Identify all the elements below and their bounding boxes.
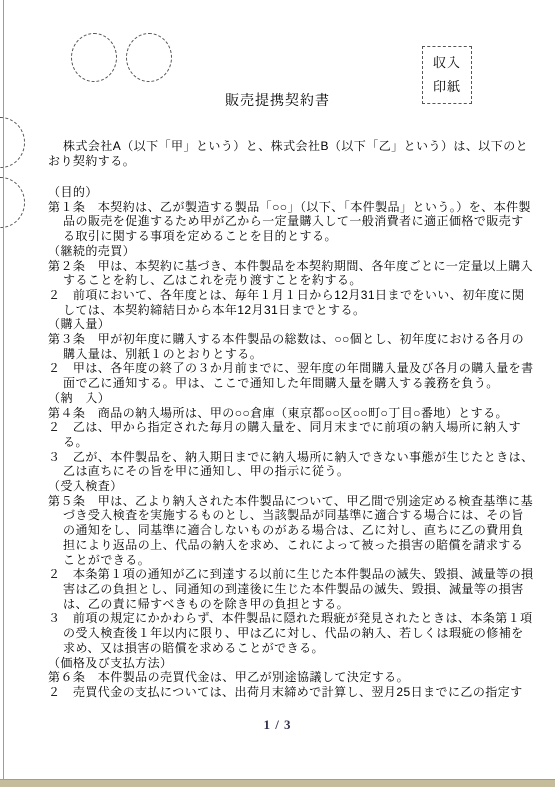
article-paragraph: 第１条 本契約は、乙が製造する製品「○○」（以下、「本件製品」という。）を、本件…	[48, 200, 534, 244]
section-heading: （価格及び支払方法）	[48, 656, 534, 671]
article-subitem: ３ 前項の規定にかかわらず、本件製品に隠れた瑕疵が発見されたときは、本条第１項の…	[48, 611, 534, 655]
article-subitem: ２ 売買代金の支払については、出荷月末締めで計算し、翌月25日までに乙の指定す	[48, 685, 534, 700]
article-subitem: ３ 乙が、本件製品を、納入期日までに納入場所に納入できない事態が生じたときは、乙…	[48, 450, 534, 479]
preamble-paragraph: 株式会社A（以下「甲」という）と、株式会社B（以下「乙」という）は、以下のとおり…	[48, 139, 534, 168]
seal-placeholder-circle-icon	[71, 33, 117, 82]
document-page: 収入 印紙 販売提携契約書 株式会社A（以下「甲」という）と、株式会社B（以下「…	[0, 0, 555, 787]
revenue-stamp-line1: 収入	[433, 51, 461, 75]
document-title: 販売提携契約書	[0, 90, 555, 110]
section-heading: （継続的売買）	[48, 244, 534, 259]
article-paragraph: 第６条 本件製品の売買代金は、甲乙が別途協議して決定する。	[48, 670, 534, 685]
section-heading: （受入検査）	[48, 479, 534, 494]
viewer-background-strip	[0, 780, 555, 787]
seal-placeholder-circle-icon	[126, 33, 172, 82]
article-subitem: ２ 甲は、各年度の終了の３か月前までに、翌年度の年間購入量及び各月の購入量を書面…	[48, 361, 534, 390]
article-subitem: ２ 本条第１項の通知が乙に到達する以前に生じた本件製品の滅失、毀損、減量等の損害…	[48, 567, 534, 611]
section-heading: （目的）	[48, 185, 534, 200]
article-subitem: ２ 乙は、甲から指定された毎月の購入量を、同月末までに前項の納入場所に納入する。	[48, 420, 534, 449]
section-heading: （購入量）	[48, 317, 534, 332]
contract-body: （目的）第１条 本契約は、乙が製造する製品「○○」（以下、「本件製品」という。）…	[48, 185, 534, 700]
article-paragraph: 第３条 甲が初年度に購入する本件製品の総数は、○○個とし、初年度における各月の購…	[48, 332, 534, 361]
section-heading: （納 入）	[48, 391, 534, 406]
article-paragraph: 第４条 商品の納入場所は、甲の○○倉庫（東京都○○区○○町○丁目○番地）とする。	[48, 406, 534, 421]
article-paragraph: 第５条 甲は、乙より納入された本件製品について、甲乙間で別途定める検査基準に基づ…	[48, 494, 534, 568]
article-subitem: ２ 前項において、各年度とは、毎年１月１日から12月31日までをいい、初年度に関…	[48, 288, 534, 317]
article-paragraph: 第２条 甲は、本契約に基づき、本件製品を本契約期間、各年度ごとに一定量以上購入す…	[48, 259, 534, 288]
page-number: 1 / 3	[0, 717, 555, 733]
page-left-border	[3, 0, 4, 780]
